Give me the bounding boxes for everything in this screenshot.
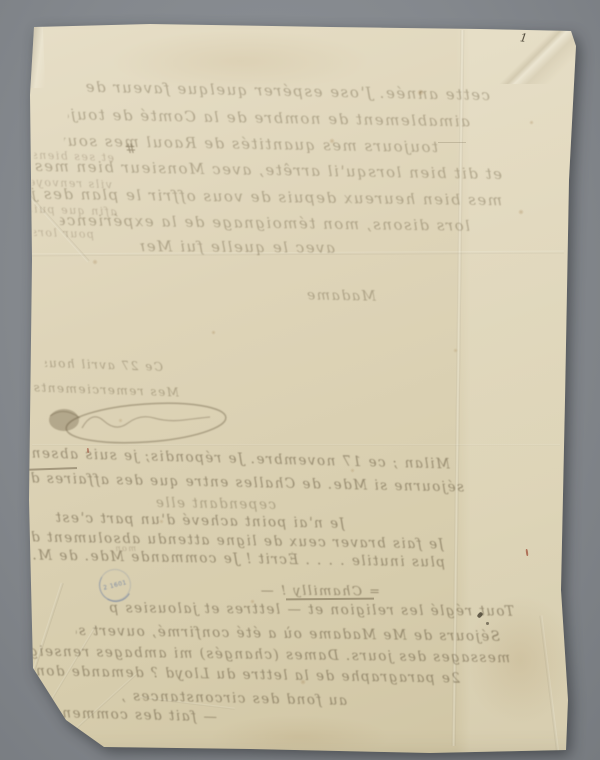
letter-sheet: cette année. J'ose espérer quelque faveu… (0, 0, 600, 760)
body-line: séjourne si Mde. de Challes entre que de… (24, 470, 464, 495)
top-right-corner-fold (498, 26, 580, 84)
red-fleck (87, 448, 90, 453)
bottom-left-wrinkle-1 (23, 583, 63, 700)
handwriting-line: avec le quelle fui Memme dites (140, 237, 335, 257)
handwriting-line: cette année. J'ose espérer quelque faveu… (80, 78, 490, 105)
salutation: Madame (298, 287, 376, 304)
postscript-line: Séjours de Me Madame où a été confirmé, … (76, 623, 500, 645)
photo-backdrop: { "scene": { "title": "Scanned verso of … (0, 0, 600, 760)
margin-note-line: et ses biens (34, 149, 114, 165)
postscript-line: messages des jours. Dames (changés) mi a… (32, 644, 510, 667)
margin-note-line: pour lors (34, 226, 94, 241)
handwriting-line: lors disons, mon témoignage de la expéri… (60, 211, 470, 235)
signature-flourish (38, 396, 228, 451)
margin-note-line: afin que puis (32, 203, 117, 219)
address-line: Ce 27 avril housse me (45, 356, 163, 374)
corner-numeral: 1 (519, 31, 533, 46)
handwriting-line: aimablement de nombre de la Comté de tou… (68, 105, 470, 130)
library-stamp: 2 1601 (96, 566, 135, 605)
postscript-rule (286, 598, 374, 600)
body-line: Je n'ai point achevé d'un part c'est. Je… (55, 510, 345, 532)
ink-speck (486, 622, 489, 625)
library-stamp-text: 2 1601 (97, 567, 133, 603)
dash-stroke (438, 142, 466, 143)
postscript-line: — fait des commencements (32, 705, 217, 726)
margin-note-line: vils renvoyés (32, 176, 112, 192)
hash-mark: # (120, 142, 136, 157)
letter-sheet-shadow: cette année. J'ose espérer quelque faveu… (0, 0, 600, 760)
body-line: cependant elle en me dit pas envoyé. (148, 495, 276, 513)
body-line: Milan ; ce 17 novembre. Je répondis; je … (30, 446, 450, 473)
top-left-corner-fold (29, 26, 45, 88)
postscript-line: 2e paragraphe de la lettre du Lloyd ? de… (34, 663, 460, 686)
red-fleck (526, 549, 529, 556)
postscript-line: Tout réglé les religion et — lettres et … (108, 600, 514, 620)
bottom-right-fold-crease (539, 615, 559, 756)
